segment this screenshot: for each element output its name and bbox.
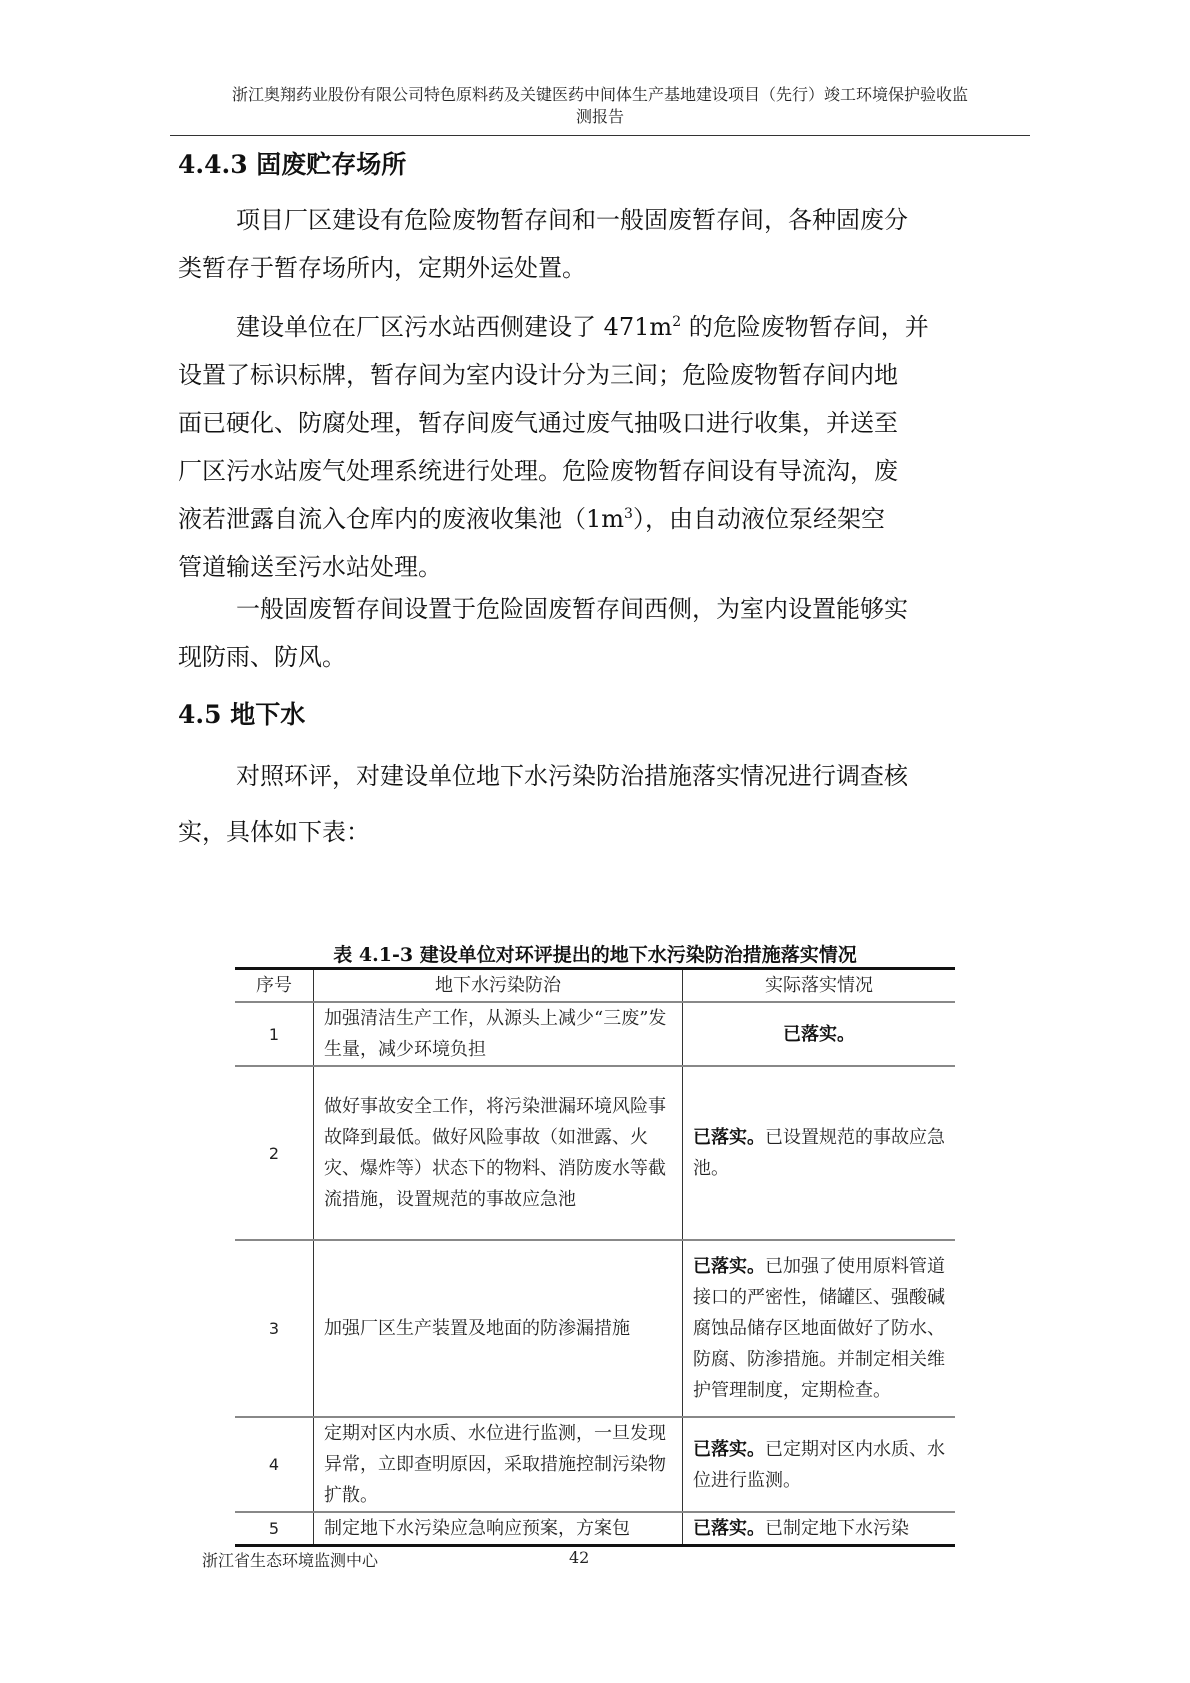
text-line: 类暂存于暂存场所内，定期外运处置。 [178, 244, 1018, 292]
text-line: 一般固废暂存间设置于危险固废暂存间西侧，为室内设置能够实 [178, 585, 1018, 633]
table-row: 4 定期对区内水质、水位进行监测，一旦发现异常，立即查明原因，采取措施控制污染物… [235, 1417, 955, 1512]
row-number: 3 [235, 1240, 314, 1417]
table-caption: 表 4.1-3 建设单位对环评提出的地下水污染防治措施落实情况 [235, 940, 955, 967]
text-line: 对照环评，对建设单位地下水污染防治措施落实情况进行调查核 [178, 752, 1018, 800]
text-line: 设置了标识标牌，暂存间为室内设计分为三间；危险废物暂存间内地 [178, 351, 1018, 399]
measure-cell: 做好事故安全工作，将污染泄漏环境风险事故降到最低。做好风险事故（如泄露、火灾、爆… [314, 1066, 683, 1240]
text-line: 项目厂区建设有危险废物暂存间和一般固废暂存间，各种固废分 [178, 196, 1018, 244]
status-cell: 已落实。已加强了使用原料管道接口的严密性，储罐区、强酸碱腐蚀品储存区地面做好了防… [683, 1240, 956, 1417]
table-row: 1 加强清洁生产工作，从源头上减少“三废”发生量，减少环境负担 已落实。 [235, 1002, 955, 1066]
groundwater-measures-table: 序号 地下水污染防治 实际落实情况 1 加强清洁生产工作，从源头上减少“三废”发… [235, 967, 955, 1547]
table-row: 5 制定地下水污染应急响应预案，方案包 已落实。已制定地下水污染 [235, 1512, 955, 1546]
table-row: 3 加强厂区生产装置及地面的防渗漏措施 已落实。已加强了使用原料管道接口的严密性… [235, 1240, 955, 1417]
paragraph-45-1: 对照环评，对建设单位地下水污染防治措施落实情况进行调查核 实，具体如下表： [178, 752, 1018, 856]
status-cell: 已落实。已制定地下水污染 [683, 1512, 956, 1546]
page-number: 42 [569, 1548, 589, 1567]
status-cell: 已落实。已定期对区内水质、水位进行监测。 [683, 1417, 956, 1512]
row-number: 4 [235, 1417, 314, 1512]
column-header-no: 序号 [235, 969, 314, 1003]
table-header-row: 序号 地下水污染防治 实际落实情况 [235, 969, 955, 1003]
paragraph-443-3: 一般固废暂存间设置于危险固废暂存间西侧，为室内设置能够实 现防雨、防风。 [178, 585, 1018, 681]
text-line: 液若泄露自流入仓库内的废液收集池（1m3），由自动液位泵经架空 [178, 495, 1018, 543]
header-title-line1: 浙江奥翔药业股份有限公司特色原料药及关键医药中间体生产基地建设项目（先行）竣工环… [170, 84, 1030, 106]
row-number: 5 [235, 1512, 314, 1546]
text-line: 建设单位在厂区污水站西侧建设了 471m2 的危险废物暂存间，并 [178, 303, 1018, 351]
section-heading-443: 4.4.3 固废贮存场所 [178, 150, 406, 180]
measure-cell: 制定地下水污染应急响应预案，方案包 [314, 1512, 683, 1546]
row-number: 1 [235, 1002, 314, 1066]
text-line: 现防雨、防风。 [178, 633, 1018, 681]
row-number: 2 [235, 1066, 314, 1240]
paragraph-443-2: 建设单位在厂区污水站西侧建设了 471m2 的危险废物暂存间，并 设置了标识标牌… [178, 303, 1018, 591]
status-cell: 已落实。已设置规范的事故应急池。 [683, 1066, 956, 1240]
column-header-measure: 地下水污染防治 [314, 969, 683, 1003]
measure-cell: 定期对区内水质、水位进行监测，一旦发现异常，立即查明原因，采取措施控制污染物扩散… [314, 1417, 683, 1512]
column-header-status: 实际落实情况 [683, 969, 956, 1003]
status-cell: 已落实。 [683, 1002, 956, 1066]
text-line: 管道输送至污水站处理。 [178, 543, 1018, 591]
footer-organization: 浙江省生态环境监测中心 [202, 1548, 378, 1571]
measure-cell: 加强清洁生产工作，从源头上减少“三废”发生量，减少环境负担 [314, 1002, 683, 1066]
text-line: 厂区污水站废气处理系统进行处理。危险废物暂存间设有导流沟，废 [178, 447, 1018, 495]
page-header: 浙江奥翔药业股份有限公司特色原料药及关键医药中间体生产基地建设项目（先行）竣工环… [170, 84, 1030, 128]
header-divider [170, 135, 1030, 136]
section-heading-45: 4.5 地下水 [178, 700, 305, 730]
table-row: 2 做好事故安全工作，将污染泄漏环境风险事故降到最低。做好风险事故（如泄露、火灾… [235, 1066, 955, 1240]
text-line: 实，具体如下表： [178, 808, 1018, 856]
header-title-line2: 测报告 [170, 106, 1030, 128]
paragraph-443-1: 项目厂区建设有危险废物暂存间和一般固废暂存间，各种固废分 类暂存于暂存场所内，定… [178, 196, 1018, 292]
measure-cell: 加强厂区生产装置及地面的防渗漏措施 [314, 1240, 683, 1417]
text-line: 面已硬化、防腐处理，暂存间废气通过废气抽吸口进行收集，并送至 [178, 399, 1018, 447]
